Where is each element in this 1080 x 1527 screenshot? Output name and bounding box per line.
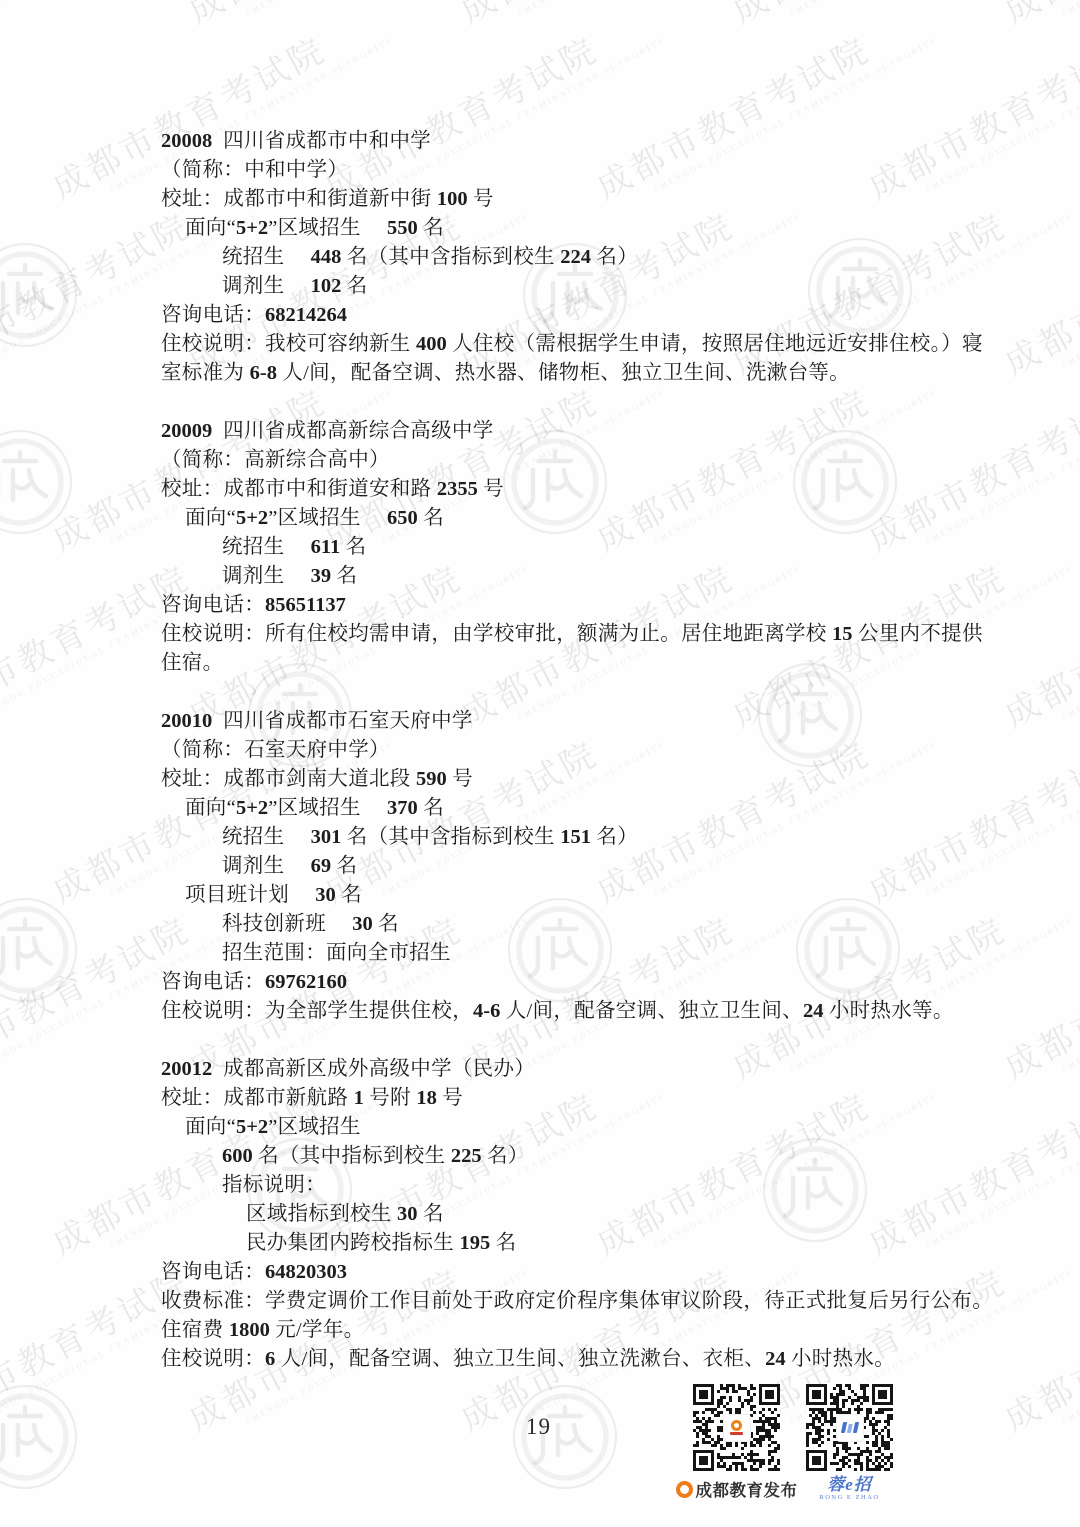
doc-line: 校址：成都市剑南大道北段 590 号 [161, 765, 961, 794]
doc-line: 住宿。 [161, 649, 961, 678]
diagonal-watermark-text: 成都市教育考试院CHENGDU EDUCATIONAL EXAMINATIONS… [0, 1394, 290, 1452]
doc-line: 面向“5+2”区域招生 [161, 1113, 961, 1142]
seal-watermark-icon [0, 895, 80, 1010]
doc-line: 住校说明：所有住校均需申请，由学校审批，额满为止。居住地距离学校 15 公里内不… [161, 620, 961, 649]
doc-line: 面向“5+2”区域招生 550 名 [161, 214, 961, 243]
doc-line: 住宿费 1800 元/学年。 [161, 1316, 961, 1345]
seal-watermark-icon [0, 1382, 80, 1497]
seal-watermark-icon [0, 427, 75, 542]
doc-line: 住校说明：为全部学生提供住校，4-6 人/间，配备空调、独立卫生间、24 小时热… [161, 997, 961, 1026]
diagonal-watermark-text: 成都市教育考试院CHENGDU EDUCATIONAL EXAMINATIONS… [0, 0, 290, 44]
doc-line: 咨询电话：64820303 [161, 1258, 961, 1287]
rongezhao-subcaption: RONG E ZHAO [806, 1495, 893, 1502]
diagonal-watermark-text: 成都市教育考试院CHENGDU EDUCATIONAL EXAMINATIONS… [464, 0, 834, 44]
doc-line: 统招生 301 名（其中含指标到校生 151 名） [161, 823, 961, 852]
qr-code-icon [693, 1384, 780, 1471]
qr-caption-rongezhao: 蓉e招 RONG E ZHAO [806, 1476, 893, 1502]
doc-line: （简称：中和中学） [161, 156, 961, 185]
doc-line: 招生范围：面向全市招生 [161, 939, 961, 968]
blue-wordmark-icon [840, 1422, 858, 1433]
doc-line: 校址：成都市中和街道安和路 2355 号 [161, 475, 961, 504]
doc-line: 调剂生 69 名 [161, 852, 961, 881]
school-block-20009: 20009 四川省成都高新综合高级中学（简称：高新综合高中）校址：成都市中和街道… [161, 417, 961, 678]
doc-line: 20008 四川省成都市中和中学 [161, 127, 961, 156]
doc-line: 收费标准：学费定调价工作目前处于政府定价程序集体审议阶段，待正式批复后另行公布。 [161, 1287, 961, 1316]
school-block-20012: 20012 成都高新区成外高级中学（民办）校址：成都市新航路 1 号附 18 号… [161, 1055, 961, 1374]
document-content: 20008 四川省成都市中和中学（简称：中和中学）校址：成都市中和街道新中街 1… [161, 127, 961, 1374]
seal-watermark-icon [0, 240, 80, 355]
doc-line: 面向“5+2”区域招生 370 名 [161, 794, 961, 823]
doc-line: 调剂生 102 名 [161, 272, 961, 301]
diagonal-watermark-text: 成都市教育考试院CHENGDU EDUCATIONAL EXAMINATIONS… [1008, 1042, 1080, 1100]
diagonal-watermark-text: 成都市教育考试院CHENGDU EDUCATIONAL EXAMINATIONS… [192, 0, 562, 44]
qr-caption-chengdu-edu: 成都教育发布 [693, 1477, 780, 1501]
qr-code-icon [806, 1384, 893, 1471]
orange-ring-icon [731, 1420, 742, 1431]
school-block-20010: 20010 四川省成都市石室天府中学（简称：石室天府中学）校址：成都市剑南大道北… [161, 707, 961, 1026]
doc-line: 项目班计划 30 名 [161, 881, 961, 910]
diagonal-watermark-text: 成都市教育考试院CHENGDU EDUCATIONAL EXAMINATIONS… [1008, 338, 1080, 396]
page-number: 19 [526, 1414, 551, 1440]
qr-caption-text: 成都教育发布 [696, 1477, 798, 1501]
scanned-admission-document: { "document": { "blocks": [ { "school_co… [0, 0, 1080, 1527]
doc-line: 区域指标到校生 30 名 [161, 1200, 961, 1229]
doc-line: 校址：成都市中和街道新中街 100 号 [161, 185, 961, 214]
doc-line: 室标准为 6-8 人/间，配备空调、热水器、储物柜、独立卫生间、洗漱台等。 [161, 359, 961, 388]
diagonal-watermark-text: 成都市教育考试院CHENGDU EDUCATIONAL EXAMINATIONS… [1008, 1394, 1080, 1452]
diagonal-watermark-text: 成都市教育考试院CHENGDU EDUCATIONAL EXAMINATIONS… [1008, 690, 1080, 748]
school-block-20008: 20008 四川省成都市中和中学（简称：中和中学）校址：成都市中和街道新中街 1… [161, 127, 961, 388]
doc-line: 统招生 448 名（其中含指标到校生 224 名） [161, 243, 961, 272]
chengdu-edu-fabu-logo-icon [676, 1481, 693, 1498]
document-page: 成都市教育考试院CHENGDU EDUCATIONAL EXAMINATIONS… [0, 0, 1080, 1527]
doc-line: （简称：高新综合高中） [161, 446, 961, 475]
doc-line: 统招生 611 名 [161, 533, 961, 562]
doc-line: 咨询电话：68214264 [161, 301, 961, 330]
diagonal-watermark-text: 成都市教育考试院CHENGDU EDUCATIONAL EXAMINATIONS… [736, 1394, 1080, 1452]
doc-line: 指标说明： [161, 1171, 961, 1200]
diagonal-watermark-text: 成都市教育考试院CHENGDU EDUCATIONAL EXAMINATIONS… [1008, 0, 1080, 44]
qr-block-rongezhao: 蓉e招 RONG E ZHAO [806, 1384, 893, 1502]
doc-line: 600 名（其中指标到校生 225 名） [161, 1142, 961, 1171]
doc-line: 咨询电话：85651137 [161, 591, 961, 620]
doc-line: 校址：成都市新航路 1 号附 18 号 [161, 1084, 961, 1113]
diagonal-watermark-text: 成都市教育考试院CHENGDU EDUCATIONAL EXAMINATIONS… [192, 1394, 562, 1452]
doc-line: 住校说明：我校可容纳新生 400 人住校（需根据学生申请，按照居住地远近安排住校… [161, 330, 961, 359]
doc-line: （简称：石室天府中学） [161, 736, 961, 765]
doc-line: 20012 成都高新区成外高级中学（民办） [161, 1055, 961, 1084]
qr-block-chengdu-edu: 成都教育发布 [693, 1384, 780, 1501]
doc-line: 科技创新班 30 名 [161, 910, 961, 939]
qr-center-logo-rongezhao-icon [836, 1414, 864, 1442]
qr-center-logo-chengdu-edu-icon [723, 1414, 751, 1442]
doc-line: 咨询电话：69762160 [161, 968, 961, 997]
doc-line: 调剂生 39 名 [161, 562, 961, 591]
doc-line: 面向“5+2”区域招生 650 名 [161, 504, 961, 533]
doc-line: 住校说明：6 人/间，配备空调、独立卫生间、独立洗漱台、衣柜、24 小时热水。 [161, 1345, 961, 1374]
rongezhao-wordmark: 蓉e招 [806, 1476, 893, 1493]
red-label-bar-icon [730, 1432, 743, 1435]
doc-line: 民办集团内跨校指标生 195 名 [161, 1229, 961, 1258]
doc-line: 20009 四川省成都高新综合高级中学 [161, 417, 961, 446]
doc-line: 20010 四川省成都市石室天府中学 [161, 707, 961, 736]
diagonal-watermark-text: 成都市教育考试院CHENGDU EDUCATIONAL EXAMINATIONS… [736, 0, 1080, 44]
